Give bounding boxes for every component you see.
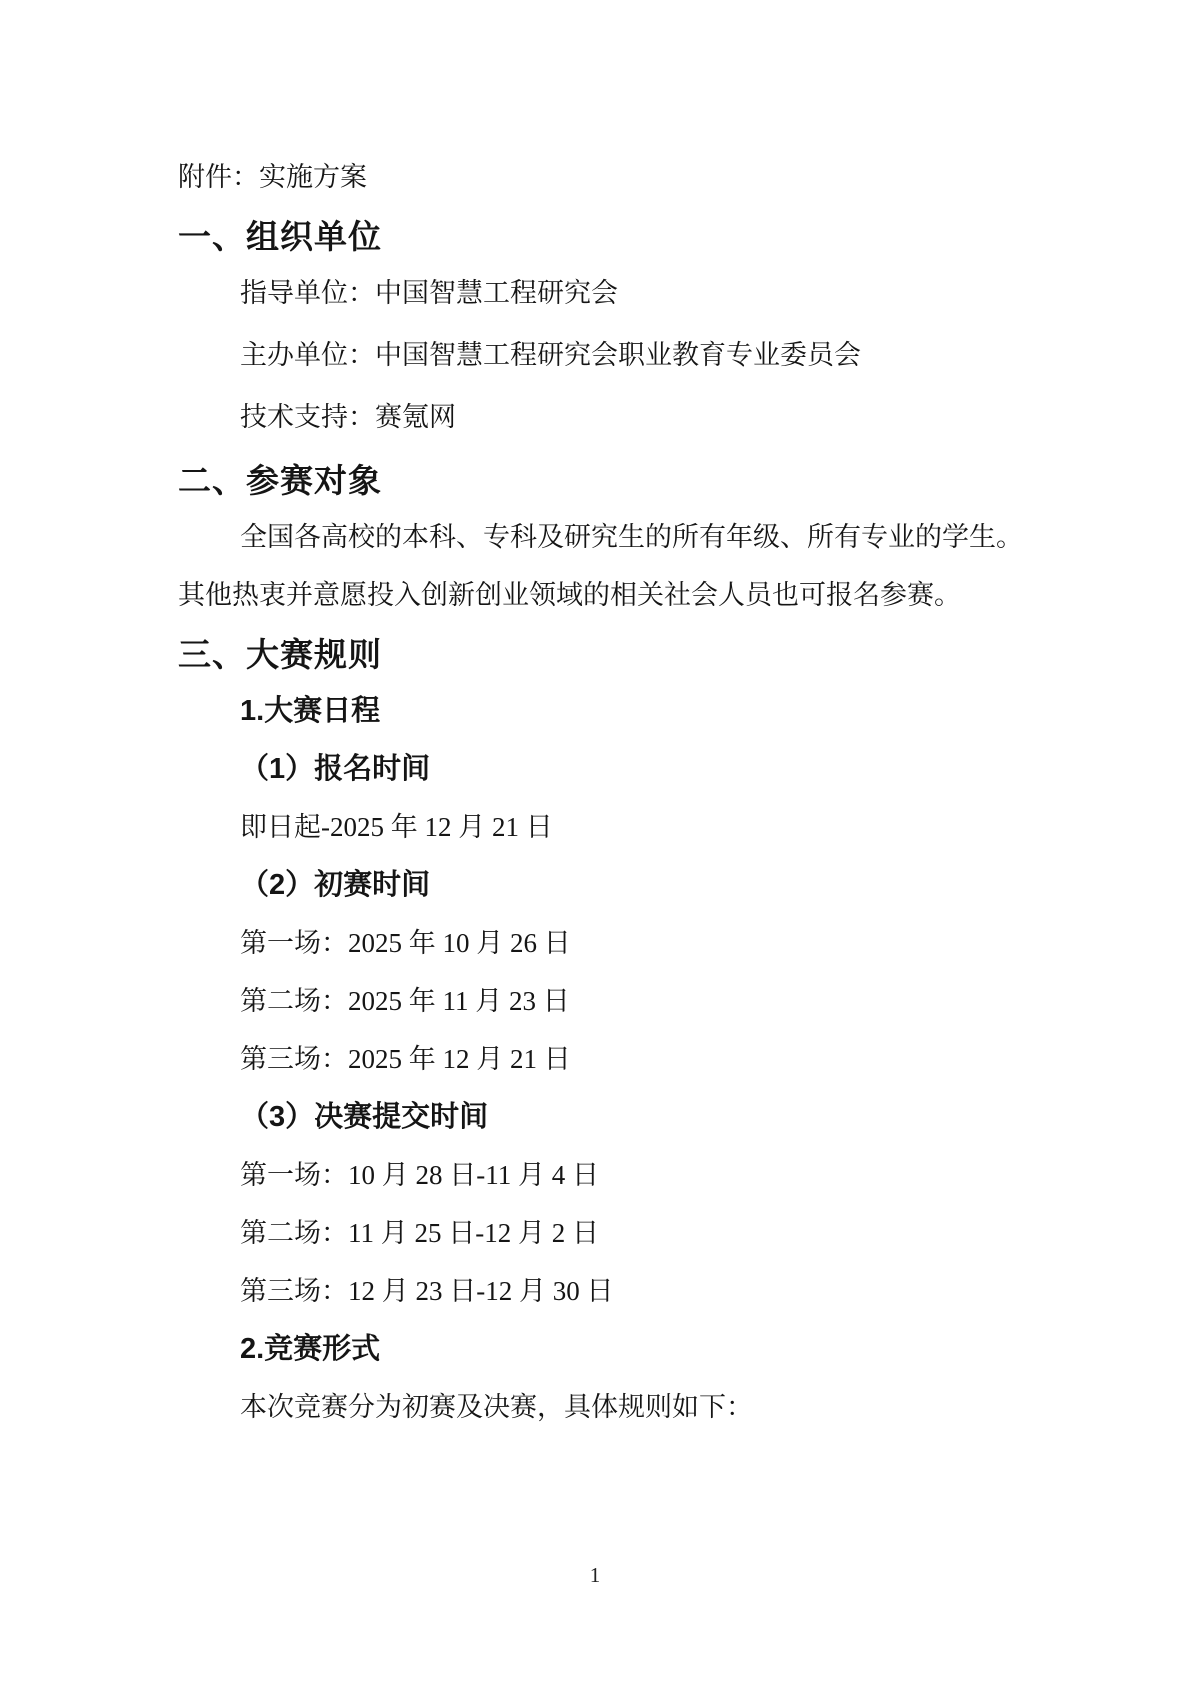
final-round-1: 第一场：10 月 28 日-11 月 4 日 — [178, 1160, 1050, 1218]
heading-schedule: 1.大赛日程 — [178, 696, 1050, 754]
heading-registration-time: （1）报名时间 — [178, 754, 1050, 812]
document-page: 附件：实施方案 一、组织单位 指导单位：中国智慧工程研究会 主办单位：中国智慧工… — [0, 0, 1190, 1683]
host-unit-line: 主办单位：中国智慧工程研究会职业教育专业委员会 — [178, 340, 1050, 402]
heading-preliminary-time: （2）初赛时间 — [178, 870, 1050, 928]
heading-final-submission-time: （3）决赛提交时间 — [178, 1102, 1050, 1160]
format-intro-line: 本次竞赛分为初赛及决赛，具体规则如下： — [178, 1392, 1050, 1450]
participants-line-2: 其他热衷并意愿投入创新创业领域的相关社会人员也可报名参赛。 — [178, 580, 1050, 638]
heading-section-1: 一、组织单位 — [178, 220, 1050, 278]
participants-line-1: 全国各高校的本科、专科及研究生的所有年级、所有专业的学生。 — [178, 522, 1050, 580]
preliminary-round-3: 第三场：2025 年 12 月 21 日 — [178, 1044, 1050, 1102]
tech-support-line: 技术支持：赛氪网 — [178, 402, 1050, 464]
attachment-note: 附件：实施方案 — [178, 162, 1050, 220]
preliminary-round-2: 第二场：2025 年 11 月 23 日 — [178, 986, 1050, 1044]
heading-section-3: 三、大赛规则 — [178, 638, 1050, 696]
document-content: 附件：实施方案 一、组织单位 指导单位：中国智慧工程研究会 主办单位：中国智慧工… — [178, 162, 1050, 1450]
final-round-3: 第三场：12 月 23 日-12 月 30 日 — [178, 1276, 1050, 1334]
heading-competition-format: 2.竞赛形式 — [178, 1334, 1050, 1392]
page-number: 1 — [0, 1563, 1190, 1588]
preliminary-round-1: 第一场：2025 年 10 月 26 日 — [178, 928, 1050, 986]
guidance-unit-line: 指导单位：中国智慧工程研究会 — [178, 278, 1050, 340]
heading-section-2: 二、参赛对象 — [178, 464, 1050, 522]
final-round-2: 第二场：11 月 25 日-12 月 2 日 — [178, 1218, 1050, 1276]
registration-time-line: 即日起-2025 年 12 月 21 日 — [178, 812, 1050, 870]
